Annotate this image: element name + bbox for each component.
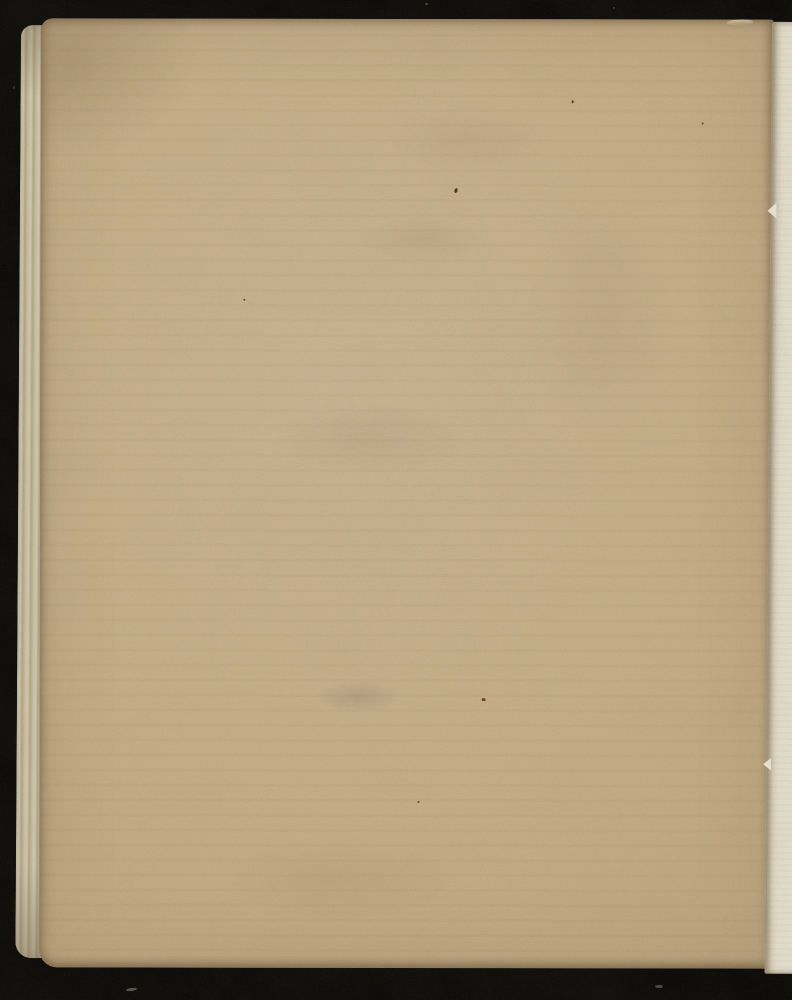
paper-speck [572, 100, 574, 103]
paper-speck [702, 123, 704, 125]
dust-fleck [13, 86, 15, 89]
paper-speck [417, 801, 419, 803]
dust-fleck [655, 985, 663, 988]
book-page [39, 18, 774, 968]
dust-fleck [613, 7, 615, 9]
scan-background [0, 0, 792, 1000]
paper-speck [482, 698, 486, 701]
dust-fleck [126, 987, 137, 992]
paper-speck [243, 299, 245, 301]
dust-fleck [425, 3, 428, 5]
page-content [39, 18, 774, 968]
